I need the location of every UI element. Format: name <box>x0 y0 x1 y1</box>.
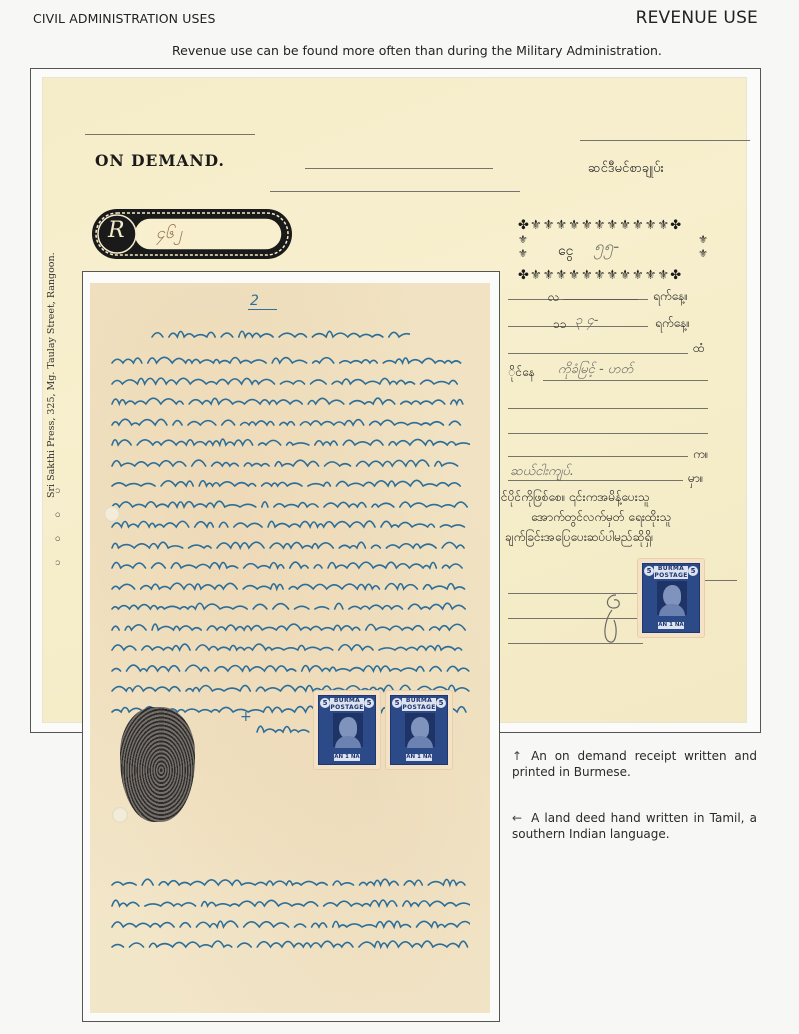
receipt-revenue-stamp: 5 5 BURMAPOSTAGE AN 1 NA <box>638 559 704 637</box>
cartouche-monogram: R <box>108 218 125 243</box>
caption-deed: ←A land deed hand written in Tamil, a so… <box>512 810 757 842</box>
caption-receipt: ↑An on demand receipt written and printe… <box>512 748 757 780</box>
amount-ornament-box: ✤⚜⚜⚜⚜⚜⚜⚜⚜⚜⚜⚜✤ ⚜⚜ ⚜⚜ ✤⚜⚜⚜⚜⚜⚜⚜⚜⚜⚜⚜✤ ငွေ ၅၅… <box>518 219 708 282</box>
deed-page-number: 2 <box>250 293 259 309</box>
fleuron-border-bottom: ✤⚜⚜⚜⚜⚜⚜⚜⚜⚜⚜⚜✤ <box>518 269 708 282</box>
side-digits: ၁ ၀ ၀ ၁ <box>55 483 61 570</box>
tamil-land-deed: 2 + 5 5 BURMAPOSTAGE AN 1 NA 5 5 BURMAP <box>90 283 490 1013</box>
cartouche-handwritten-number: ၄၆၂ <box>156 222 182 246</box>
page-heading-right: REVENUE USE <box>636 8 758 28</box>
amount-handwritten: ၅၅- <box>594 239 619 256</box>
deed-stamp: 5 5 BURMAPOSTAGE AN 1 NA <box>386 691 452 769</box>
printer-imprint: Sri Sakthi Press, 325, Mg. Taulay Street… <box>46 252 57 498</box>
signature-mark: + <box>240 709 252 725</box>
fleuron-border-left: ⚜⚜ <box>518 233 528 261</box>
punch-hole <box>112 807 128 823</box>
punch-hole <box>104 506 120 522</box>
receipt-heading: ON DEMAND. <box>95 151 225 170</box>
amount-prefix: ငွေ <box>558 244 573 258</box>
page-heading-left: CIVIL ADMINISTRATION USES <box>33 11 216 26</box>
thumbprint <box>120 707 195 822</box>
deed-stamp: 5 5 BURMAPOSTAGE AN 1 NA <box>314 691 380 769</box>
fleuron-border-right: ⚜⚜ <box>698 233 708 261</box>
deed-mount: 2 + 5 5 BURMAPOSTAGE AN 1 NA 5 5 BURMAP <box>82 271 500 1022</box>
page-subtitle: Revenue use can be found more often than… <box>172 43 662 58</box>
arrow-up-icon: ↑ <box>512 749 522 763</box>
deed-stamp-pair: 5 5 BURMAPOSTAGE AN 1 NA 5 5 BURMAPOSTAG… <box>314 691 452 769</box>
receipt-myanmar-title: ဆင်ဒီမင်စာချုပ်း <box>588 160 664 179</box>
fleuron-border-top: ✤⚜⚜⚜⚜⚜⚜⚜⚜⚜⚜⚜✤ <box>518 219 708 232</box>
receipt-signature <box>596 590 636 650</box>
arrow-left-icon: ← <box>512 811 522 825</box>
cartouche-ornament: R ၄၆၂ <box>90 206 295 262</box>
